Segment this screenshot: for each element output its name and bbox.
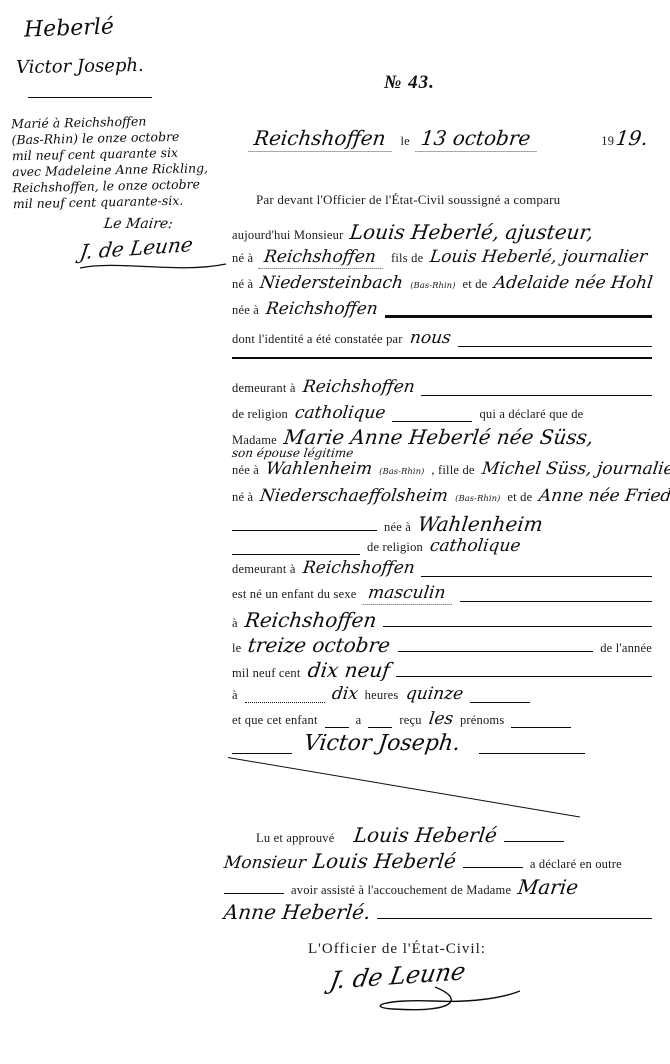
margin-maire-signature: J. de Leune (78, 232, 194, 264)
label-declare-outre: a déclaré en outre (530, 857, 622, 872)
margin-underline (28, 97, 152, 98)
entry-child-names: Victor Joseph. (302, 731, 461, 756)
label-a: à (232, 616, 238, 631)
label-nee-a: née à (232, 303, 259, 318)
entry-wife-birthplace: Wahlenheim (265, 459, 374, 479)
label-sexe: est né un enfant du sexe (232, 587, 357, 602)
blank-line (392, 421, 472, 422)
entry-identity-by: nous (408, 328, 451, 348)
row-received-names: et que cet enfant a reçu les prénoms (232, 709, 585, 733)
blank-line (479, 753, 585, 754)
label-nee-a: née à (384, 520, 411, 535)
entry-declarant: Louis Heberlé, ajusteur, (349, 220, 595, 244)
label-demeurant: demeurant à (232, 381, 296, 396)
label-le: le (400, 134, 409, 149)
blank-line (377, 918, 652, 919)
label-le: le (232, 641, 241, 656)
entry-birth-minutes: quinze (404, 684, 464, 704)
dateline: Reichshoffen le 13 octobre 19 19. (250, 126, 648, 150)
label-fille-de: , fille de (431, 463, 474, 478)
row-declarant-birth: né à Reichshoffen fils de Louis Heberlé,… (232, 247, 652, 271)
blank-line (470, 702, 530, 703)
blank-line (511, 727, 571, 728)
blank-line (504, 841, 564, 842)
label-intro: Par devant l'Officier de l'État-Civil so… (256, 192, 560, 208)
blank-line (398, 651, 594, 652)
dateline-date: 13 octobre (415, 126, 540, 152)
entry-birth-year: dix neuf (306, 658, 391, 682)
blank-line (383, 626, 652, 627)
entry-wife-religion: catholique (429, 536, 522, 556)
label-identite: dont l'identité a été constatée par (232, 332, 403, 347)
label-religion: de religion (232, 407, 288, 422)
row-accouchement: avoir assisté à l'accouchement de Madame… (224, 875, 652, 899)
act-number: № 43. (384, 72, 435, 94)
label-annee: de l'année (600, 641, 652, 656)
entry-birth-place: Reichshoffen (243, 608, 377, 632)
blank-line (463, 867, 523, 868)
dateline-year-printed: 19 (601, 134, 614, 149)
blank-line (232, 753, 292, 754)
entry-father-birthplace-dept: (Bas-Rhin) (410, 281, 455, 291)
entry-child-sex: masculin (362, 583, 454, 605)
label-et-de: et de (462, 277, 487, 292)
row-identity: dont l'identité a été constatée par nous (232, 328, 652, 352)
entry-religion: catholique (294, 403, 387, 423)
label-ne-a: né à (232, 277, 253, 292)
entry-declarant-birthplace: Reichshoffen (259, 247, 385, 269)
row-child-sex: est né un enfant du sexe masculin (232, 583, 652, 607)
margin-given-names: Victor Joseph. (16, 55, 144, 78)
row-wife-mother-birth: née à Wahlenheim (232, 512, 560, 536)
row-wife-father-birth: né à Niederschaeffolsheim(Bas-Rhin) et d… (232, 486, 652, 510)
row-birth-day: le treize octobre de l'année (232, 633, 652, 657)
strikethrough-line (228, 757, 580, 818)
entry-wife-birthplace-dept: (Bas-Rhin) (379, 467, 424, 477)
label-religion: de religion (367, 540, 423, 555)
marriage-note-line: mil neuf cent quarante-six. (13, 192, 233, 213)
entry-mother-birthplace: Reichshoffen (265, 299, 379, 319)
entry-wife-residence: Reichshoffen (301, 558, 415, 578)
row-birth-place: à Reichshoffen (232, 608, 652, 632)
blank-line (232, 554, 360, 555)
label-nee-a: née à (232, 463, 259, 478)
label-ne-a: né à (232, 251, 253, 266)
blank-line (421, 395, 652, 396)
entry-wife-father-birthplace: Niederschaeffolsheim (259, 486, 449, 506)
label-mil-neuf-cent: mil neuf cent (232, 666, 301, 681)
entry-mother: Adelaide née Hohl (493, 273, 654, 293)
entry-father: Louis Heberlé, journalier (429, 247, 648, 267)
row-midwife-name2: Anne Heberlé. (224, 900, 652, 924)
officer-signature: J. de Leune (328, 957, 468, 995)
label-accouchement: avoir assisté à l'accouchement de Madame (291, 883, 511, 898)
blank-line (385, 315, 652, 318)
entry-father-birthplace: Niedersteinbach (259, 273, 404, 293)
row-child-names: Victor Joseph. (232, 731, 585, 759)
entry-wife-mother-birthplace: Wahlenheim (417, 512, 545, 536)
entry-wife-father: Michel Süss, journalier (480, 459, 670, 479)
entry-midwife-name1: Marie (517, 875, 580, 899)
label-a: à (232, 688, 238, 703)
blank-line (224, 893, 284, 894)
label-aujourdhui: aujourd'hui Monsieur (232, 228, 343, 243)
row-declared-further: Monsieur Louis Heberlé a déclaré en outr… (224, 849, 652, 873)
blank-line (325, 727, 349, 728)
row-lu-approuve: Lu et approuvé Louis Heberlé (232, 823, 595, 847)
entry-wife-father-birthplace-dept: (Bas-Rhin) (455, 494, 500, 504)
row-birth-year: mil neuf cent dix neuf (232, 658, 652, 682)
separator-line (232, 357, 652, 359)
label-ne-a: né à (232, 490, 253, 505)
entry-wife-note: son épouse légitime (231, 446, 354, 460)
row-father-birth: né à Niedersteinbach(Bas-Rhin) et de Ade… (232, 273, 652, 297)
dateline-year-written: 19. (615, 126, 650, 150)
entry-midwife-name2: Anne Heberlé. (223, 900, 372, 924)
label-heures: heures (365, 688, 399, 703)
label-recu: reçu (399, 713, 421, 728)
margin-marriage-note: Marié à Reichshoffen (Bas-Rhin) le onze … (11, 112, 233, 213)
label-lu-approuve: Lu et approuvé (256, 831, 334, 846)
entry-declarant-name2: Louis Heberlé (311, 849, 457, 873)
blank-line (232, 530, 377, 531)
birth-certificate-scan: Heberlé Victor Joseph. Marié à Reichshof… (0, 0, 670, 1064)
entry-wife-mother: Anne née Friedrich (538, 486, 670, 506)
row-birth-time: à dix heures quinze (232, 684, 585, 708)
label-declare: qui a déclaré que de (479, 407, 583, 422)
label-enfant: et que cet enfant (232, 713, 318, 728)
row-residence: demeurant à Reichshoffen (232, 377, 652, 401)
entry-les: les (427, 709, 454, 729)
entry-residence: Reichshoffen (301, 377, 415, 397)
entry-signature-read: Louis Heberlé (353, 823, 499, 847)
margin-maire-label: Le Maire: (103, 216, 174, 232)
label-fils-de: fils de (391, 251, 423, 266)
margin-surname: Heberlé (24, 14, 115, 42)
row-wife-religion: de religion catholique (232, 536, 560, 560)
blank-line (368, 727, 392, 728)
blank-line (458, 346, 652, 347)
dateline-place: Reichshoffen (248, 126, 395, 152)
label-a-verb: a (356, 713, 362, 728)
label-demeurant: demeurant à (232, 562, 296, 577)
label-officier: L'Officier de l'État-Civil: (308, 941, 486, 958)
label-et-de: et de (507, 490, 532, 505)
row-intro: Par devant l'Officier de l'État-Civil so… (232, 192, 652, 216)
entry-birth-day: treize octobre (247, 633, 392, 657)
blank-line (460, 601, 652, 602)
entry-birth-hour: dix (331, 684, 359, 704)
row-declarant: aujourd'hui Monsieur Louis Heberlé, ajus… (232, 220, 652, 244)
blank-line (245, 702, 325, 703)
row-religion: de religion catholique qui a déclaré que… (232, 403, 652, 427)
row-wife-residence: demeurant à Reichshoffen (232, 558, 652, 582)
blank-line (421, 576, 652, 577)
entry-monsieur: Monsieur (223, 853, 307, 873)
row-wife-birth: née à Wahlenheim(Bas-Rhin) , fille de Mi… (232, 459, 652, 483)
blank-line (396, 676, 652, 677)
row-mother-birth: née à Reichshoffen (232, 299, 652, 323)
label-prenoms: prénoms (460, 713, 504, 728)
